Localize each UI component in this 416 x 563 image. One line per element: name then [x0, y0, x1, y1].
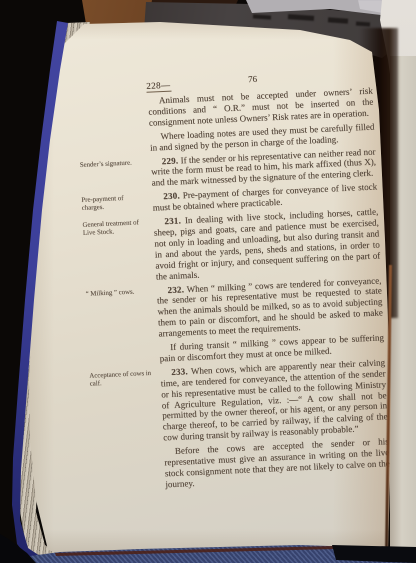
paragraph-body: When “ milking ” cows are tendered for c… — [157, 275, 383, 339]
embossed-text-mark — [328, 17, 348, 23]
paragraph-text: Before the cows are accepted the sender … — [164, 436, 391, 490]
embossed-text-mark — [356, 22, 370, 27]
paragraph-number: 229. — [161, 155, 178, 166]
paragraph-body: Before the cows are accepted the sender … — [164, 436, 390, 489]
paragraph-number: 230. — [163, 191, 180, 202]
sidenote: “ Milking ” cows. — [85, 287, 149, 298]
paragraph-text: 233. When cows, which are apparently nea… — [160, 357, 388, 443]
sidenote: General treatment of Live Stock. — [82, 219, 147, 237]
paragraph-text: 232. When “ milking ” cows are tendered … — [156, 275, 383, 340]
paragraph-body: In dealing with live stock, including ho… — [154, 206, 381, 281]
sidenote: Sender’s signature. — [80, 159, 144, 170]
paragraph-body: When cows, which are apparently near the… — [161, 357, 388, 443]
page-number: 76 — [248, 74, 257, 84]
book-photo: 228— 76 Animals must not be accepted und… — [0, 0, 416, 563]
paragraph-row: “ Milking ” cows.232. When “ milking ” c… — [85, 275, 389, 343]
sidenote: Pre-payment of charges. — [81, 194, 146, 212]
page-text: 228— 76 Animals must not be accepted und… — [76, 68, 397, 496]
sidenote: Acceptance of cows in calf. — [89, 370, 154, 388]
paragraph-number: 233. — [171, 366, 188, 377]
paragraph-row: General treatment of Live Stock.231. In … — [82, 206, 387, 285]
left-page: 228— 76 Animals must not be accepted und… — [0, 0, 416, 563]
paragraph-number: 232. — [167, 284, 184, 295]
paragraph-body: If the sender or his representative can … — [151, 146, 376, 188]
paragraph-text: 231. In dealing with live stock, includi… — [153, 206, 381, 282]
embossed-text-mark — [288, 14, 314, 21]
embossed-text-mark — [253, 14, 271, 19]
paragraph-row: Acceptance of cows in calf.233. When cow… — [89, 357, 394, 447]
folio-number: 228— — [146, 80, 172, 93]
paragraph-list: Animals must not be accepted under owner… — [77, 85, 397, 493]
paragraph-number: 231. — [164, 215, 181, 226]
